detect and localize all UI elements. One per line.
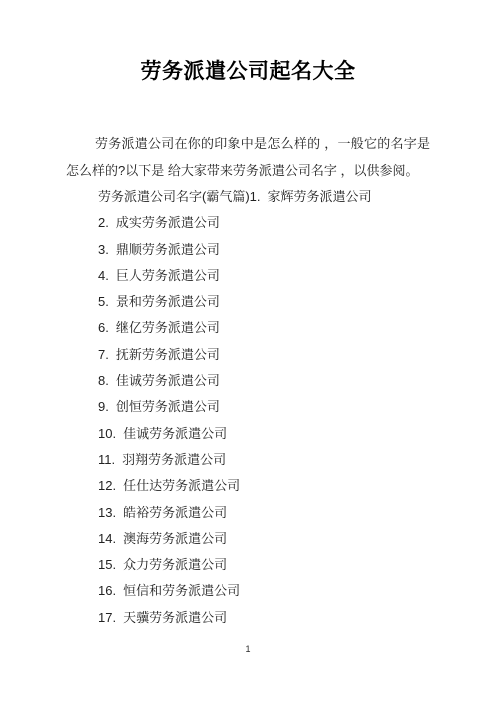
section-title: 劳务派遣公司名字(霸气篇) (98, 189, 250, 204)
list-item: 13.皓裕劳务派遣公司 (66, 500, 430, 526)
list-item: 10.佳诚劳务派遣公司 (66, 421, 430, 447)
list-item-number: 14. (98, 526, 116, 552)
list-item: 16.恒信和劳务派遣公司 (66, 578, 430, 604)
list-item: 4.巨人劳务派遣公司 (66, 263, 430, 289)
list-item-name: 众力劳务派遣公司 (123, 557, 227, 572)
list-item-number: 17. (98, 605, 116, 631)
page-number: 1 (0, 644, 496, 654)
list-item-name: 巨人劳务派遣公司 (116, 268, 220, 283)
list-item-name: 成实劳务派遣公司 (116, 215, 220, 230)
list-item-number: 15. (98, 552, 116, 578)
list-item: 11.羽翔劳务派遣公司 (66, 447, 430, 473)
list-item-name: 继亿劳务派遣公司 (116, 320, 220, 335)
list-item-name: 景和劳务派遣公司 (116, 294, 220, 309)
list-item-number: 3. (98, 237, 109, 263)
document-page: 劳务派遣公司起名大全 劳务派遣公司在你的印象中是怎么样的 ，一般它的名字是怎么样… (0, 0, 496, 702)
list-item-number: 2. (98, 210, 109, 236)
list-item-number: 1. (250, 184, 261, 210)
list-item: 5.景和劳务派遣公司 (66, 289, 430, 315)
list-item: 15.众力劳务派遣公司 (66, 552, 430, 578)
list-item-number: 12. (98, 473, 116, 499)
list-item-name: 家辉劳务派遣公司 (268, 189, 372, 204)
list-item-name: 鼎顺劳务派遣公司 (116, 242, 220, 257)
list-item-name: 任仕达劳务派遣公司 (123, 478, 240, 493)
list-item: 2.成实劳务派遣公司 (66, 210, 430, 236)
list-item: 6.继亿劳务派遣公司 (66, 315, 430, 341)
list-item-number: 13. (98, 500, 116, 526)
list-item-name: 抚新劳务派遣公司 (116, 347, 220, 362)
list-item-number: 9. (98, 394, 109, 420)
list-item-number: 8. (98, 368, 109, 394)
intro-paragraph: 劳务派遣公司在你的印象中是怎么样的 ，一般它的名字是怎么样的?以下是 给大家带来… (66, 130, 430, 184)
list-item: 9.创恒劳务派遣公司 (66, 394, 430, 420)
list-item-name: 佳诚劳务派遣公司 (123, 426, 227, 441)
list-header-line: 劳务派遣公司名字(霸气篇)1.家辉劳务派遣公司 (66, 184, 430, 210)
list-item: 8.佳诚劳务派遣公司 (66, 368, 430, 394)
list-item: 14.澳海劳务派遣公司 (66, 526, 430, 552)
list-item-number: 10. (98, 421, 116, 447)
list-item-name: 天骥劳务派遣公司 (123, 610, 227, 625)
list-item: 7.抚新劳务派遣公司 (66, 342, 430, 368)
list-item-number: 16. (98, 578, 116, 604)
list-item-name: 佳诚劳务派遣公司 (116, 373, 220, 388)
list-item-number: 7. (98, 342, 109, 368)
list-item: 17.天骥劳务派遣公司 (66, 605, 430, 631)
list-item-name: 恒信和劳务派遣公司 (123, 583, 240, 598)
list-item: 3.鼎顺劳务派遣公司 (66, 237, 430, 263)
list-item-name: 羽翔劳务派遣公司 (122, 452, 226, 467)
list-item: 12.任仕达劳务派遣公司 (66, 473, 430, 499)
list-item-number: 4. (98, 263, 109, 289)
list-item-name: 创恒劳务派遣公司 (116, 399, 220, 414)
document-content: 劳务派遣公司起名大全 劳务派遣公司在你的印象中是怎么样的 ，一般它的名字是怎么样… (0, 0, 496, 631)
list-item-number: 11. (98, 447, 115, 473)
list-item-number: 6. (98, 315, 109, 341)
document-title: 劳务派遣公司起名大全 (66, 0, 430, 87)
list-item-number: 5. (98, 289, 109, 315)
list-item-name: 澳海劳务派遣公司 (123, 531, 227, 546)
company-list: 2.成实劳务派遣公司 3.鼎顺劳务派遣公司 4.巨人劳务派遣公司 5.景和劳务派… (66, 210, 430, 631)
list-item-name: 皓裕劳务派遣公司 (123, 505, 227, 520)
